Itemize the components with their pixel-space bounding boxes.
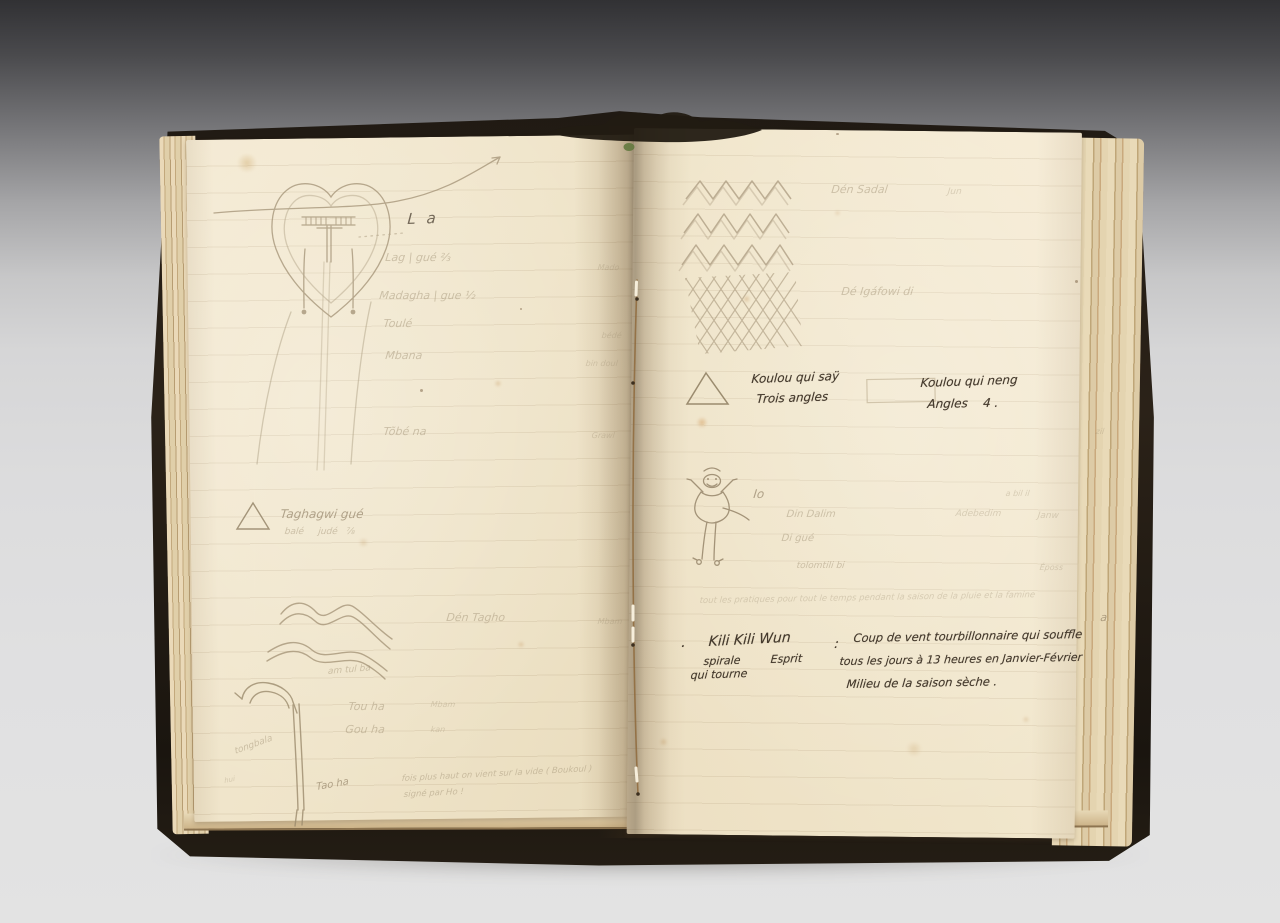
- notebook-photograph: L aLag | gué ⅔Madagha | gue ½TouléMbanaM…: [0, 0, 1280, 923]
- foxing-spot: [905, 742, 923, 756]
- foxing-spot: [1022, 716, 1030, 723]
- foxing-spot: [494, 380, 502, 387]
- foxing-spot: [517, 641, 525, 648]
- foxing-spot: [834, 210, 841, 216]
- foxing-spot: [742, 295, 751, 303]
- paper-speck: [1075, 280, 1078, 283]
- foxing-spot: [358, 538, 369, 547]
- right-page: [627, 128, 1082, 839]
- foxing-spot: [236, 154, 258, 172]
- paper-speck: [420, 389, 423, 392]
- paper-speck: [836, 133, 839, 135]
- paper-speck: [520, 308, 522, 310]
- gutter-shadow: [598, 126, 670, 838]
- left-page: [186, 135, 644, 822]
- foxing-spot: [696, 417, 708, 428]
